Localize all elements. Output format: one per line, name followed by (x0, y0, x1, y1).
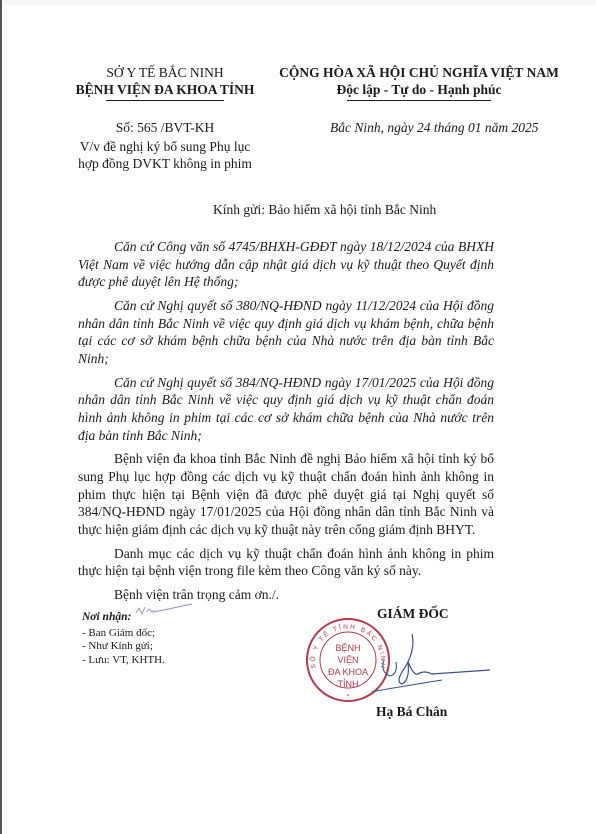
document-subject: V/v đề nghị ký bổ sung Phụ lục hợp đồng … (70, 138, 260, 172)
svg-text:*: * (347, 694, 350, 700)
recipients-title: Nơi nhận: (82, 611, 131, 625)
recipient-item: - Lưu: VT, KHTH. (82, 654, 165, 668)
national-motto: Độc lập - Tự do - Hạnh phúc (264, 81, 574, 98)
recipient-line: Kính gửi: Bảo hiểm xã hội tỉnh Bắc Ninh (213, 202, 436, 218)
seal-line: BỆNH VIỆN (324, 642, 372, 666)
legal-basis-paragraph: Căn cứ Công văn số 4745/BHXH-GĐĐT ngày 1… (78, 238, 494, 291)
issuing-authority-block: SỞ Y TẾ BẮC NINH BỆNH VIỆN ĐA KHOA TỈNH (70, 64, 260, 101)
nation-title: CỘNG HÒA XÃ HỘI CHỦ NGHĨA VIỆT NAM (264, 64, 574, 81)
subject-line: hợp đồng DVKT không in phim (70, 155, 260, 172)
subject-line: V/v đề nghị ký bổ sung Phụ lục (70, 138, 260, 155)
seal-line: TỈNH (324, 678, 372, 690)
organization-name: BỆNH VIỆN ĐA KHOA TỈNH (70, 81, 260, 98)
recipient-item: - Ban Giám đốc; (82, 627, 165, 641)
seal-line: ĐA KHOA (324, 666, 372, 678)
agency-name: SỞ Y TẾ BẮC NINH (70, 64, 260, 81)
legal-basis-paragraph: Căn cứ Nghị quyết số 380/NQ-HĐND ngày 11… (78, 297, 494, 367)
recipient-item: - Như Kính gửi; (82, 640, 165, 654)
attachment-paragraph: Danh mục các dịch vụ kỹ thuật chẩn đoán … (78, 545, 494, 580)
request-paragraph: Bệnh viện đa khoa tỉnh Bắc Ninh đề nghị … (78, 450, 494, 538)
signature-icon (372, 632, 492, 702)
closing-paragraph: Bệnh viện trân trọng cảm ơn./. (78, 586, 494, 604)
document-body: Căn cứ Công văn số 4745/BHXH-GĐĐT ngày 1… (78, 238, 494, 610)
signer-name: Hạ Bá Chân (376, 704, 447, 720)
national-header-block: CỘNG HÒA XÃ HỘI CHỦ NGHĨA VIỆT NAM Độc l… (264, 64, 574, 101)
organization-underline (106, 100, 224, 101)
top-shade (0, 0, 596, 5)
document-number: Số: 565 /BVT-KH (70, 120, 260, 136)
motto-underline (347, 100, 491, 101)
page-left-border (0, 0, 2, 834)
place-and-date: Bắc Ninh, ngày 24 tháng 01 năm 2025 (330, 120, 539, 136)
legal-basis-paragraph: Căn cứ Nghị quyết số 384/NQ-HĐND ngày 17… (78, 374, 494, 444)
seal-inner-text: BỆNH VIỆN ĐA KHOA TỈNH (324, 642, 372, 690)
initial-mark-icon (134, 603, 194, 619)
recipients-list: Nơi nhận: - Ban Giám đốc; - Như Kính gửi… (82, 611, 165, 667)
